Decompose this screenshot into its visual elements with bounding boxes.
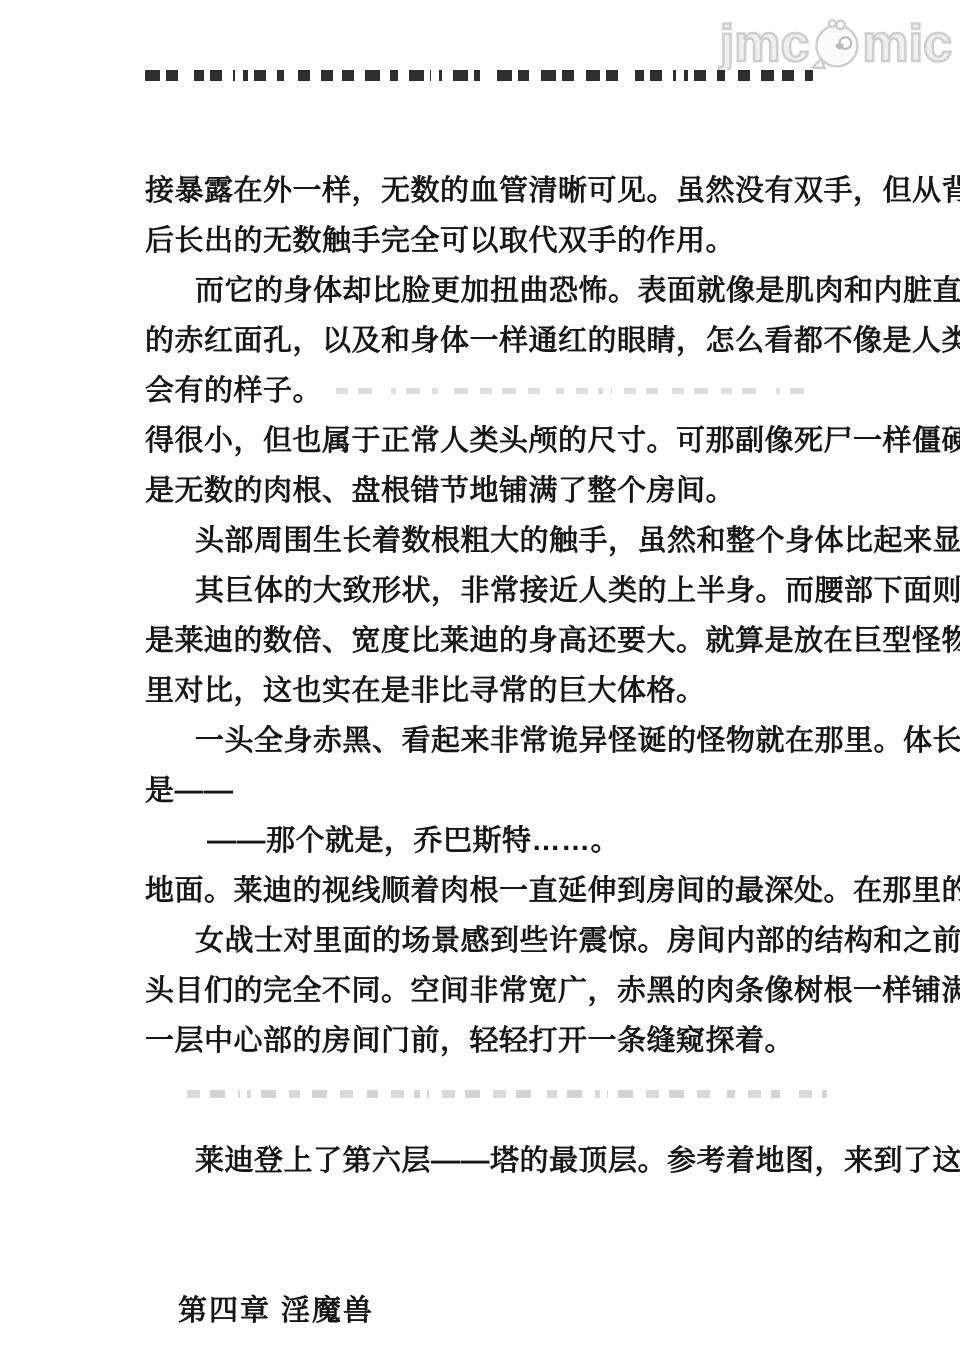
faded-line-remnant <box>145 1090 865 1140</box>
clipped-line-remnant <box>145 70 865 120</box>
text-line: 头目们的完全不同。空间非常宽广，赤黑的肉条像树根一样铺满 <box>145 970 865 1020</box>
text-line: 头部周围生长着数根粗大的触手，虽然和整个身体比起来显 <box>145 520 865 570</box>
text-line: 是—— <box>145 770 865 820</box>
text-line: 女战士对里面的场景感到些许震惊。房间内部的结构和之前 <box>145 920 865 970</box>
text-line: 会有的样子。 <box>145 370 865 420</box>
text-line: 是无数的肉根、盘根错节地铺满了整个房间。 <box>145 470 865 520</box>
blank-line <box>145 120 865 170</box>
faded-text-fragments <box>187 1090 827 1098</box>
blank-line <box>145 1190 865 1240</box>
clipped-text-fragments <box>145 70 813 81</box>
text-line: 是莱迪的数倍、宽度比莱迪的身高还要大。就算是放在巨型怪物 <box>145 620 865 670</box>
text-line: 里对比，这也实在是非比寻常的巨大体格。 <box>145 670 865 720</box>
text-column: 接暴露在外一样，无数的血管清晰可见。虽然没有双手，但从背后长出的无数触手完全可以… <box>145 46 865 1340</box>
watermark-text-right: mic <box>862 18 952 70</box>
text-line: 一层中心部的房间门前，轻轻打开一条缝窥探着。 <box>145 1020 865 1070</box>
text-line: 地面。莱迪的视线顺着肉根一直延伸到房间的最深处。在那里的 <box>145 870 865 920</box>
text-line: 的赤红面孔，以及和身体一样通红的眼睛，怎么看都不像是人类 <box>145 320 865 370</box>
text-line: 其巨体的大致形状，非常接近人类的上半身。而腰部下面则 <box>145 570 865 620</box>
faded-text-remnant <box>336 388 806 394</box>
blank-line <box>145 1240 865 1290</box>
text-line: ——那个就是，乔巴斯特……。 <box>145 820 865 870</box>
text-line: 一头全身赤黑、看起来非常诡异怪诞的怪物就在那里。体长 <box>145 720 865 770</box>
text-line: 后长出的无数触手完全可以取代双手的作用。 <box>145 220 865 270</box>
text-line: 莱迪登上了第六层——塔的最顶层。参考着地图，来到了这 <box>145 1140 865 1190</box>
text-line: 得很小，但也属于正常人类头颅的尺寸。可那副像死尸一样僵硬 <box>145 420 865 470</box>
text-line: 而它的身体却比脸更加扭曲恐怖。表面就像是肌肉和内脏直 <box>145 270 865 320</box>
text-line: 接暴露在外一样，无数的血管清晰可见。虽然没有双手，但从背 <box>145 170 865 220</box>
novel-page: jmc mic 接暴露在外一样，无数的血管清晰可见。虽然没有双手，但从背后长出的… <box>0 0 960 1358</box>
chapter-title: 第四章 淫魔兽 <box>145 1290 865 1340</box>
